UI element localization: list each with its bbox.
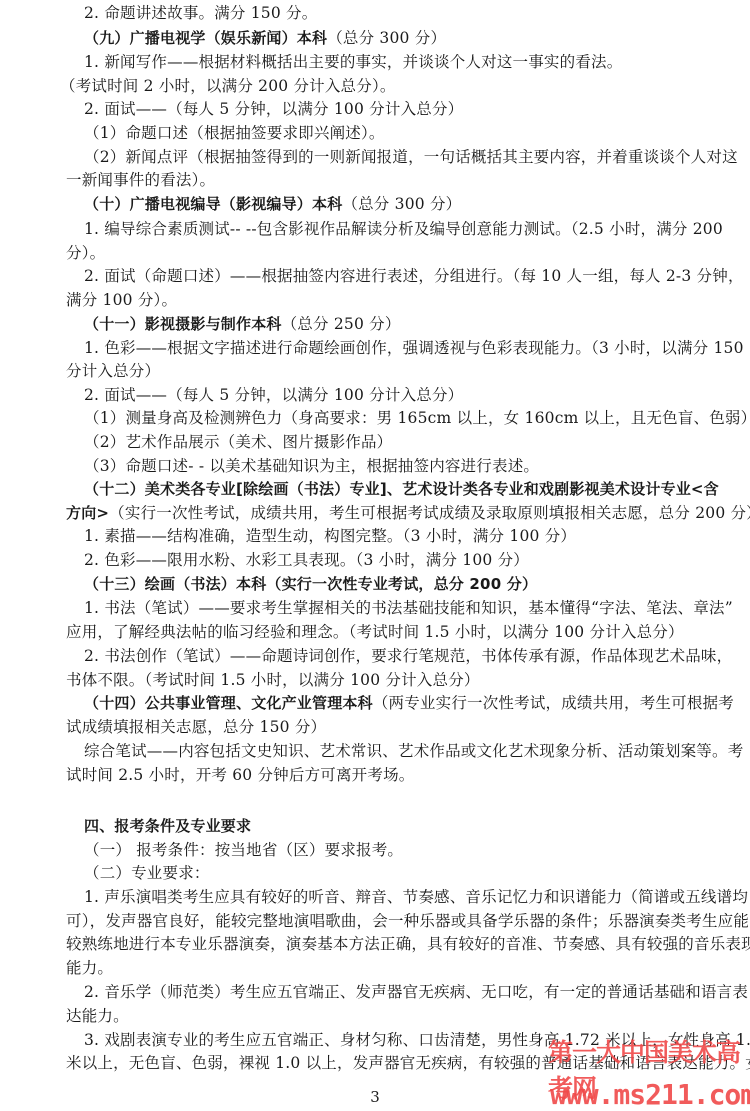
section-heading-10: （十）广播电视编导（影视编导）本科（总分 300 分）: [0, 192, 750, 216]
text-line: （考试时间 2 小时，以满分 200 分计入总分）。: [0, 74, 750, 98]
text-line: 2. 命题讲述故事。满分 150 分。: [0, 1, 750, 25]
text-line: 可），发声器官良好，能较完整地演唱歌曲，会一种乐器或具备学乐器的条件；乐器演奏类…: [0, 909, 750, 933]
text-line: 2. 色彩——限用水粉、水彩工具表现。（3 小时，满分 100 分）: [0, 548, 750, 572]
text-line: 分）。: [0, 241, 750, 265]
text-line: （3）命题口述- - 以美术基础知识为主，根据抽签内容进行表述。: [0, 454, 750, 478]
text-line: 2. 面试——（每人 5 分钟，以满分 100 分计入总分）: [0, 383, 750, 407]
text-line: 试时间 2.5 小时，开考 60 分钟后方可离开考场。: [0, 763, 750, 787]
text-line: 1. 书法（笔试）——要求考生掌握相关的书法基础技能和知识，基本懂得“字法、笔法…: [0, 596, 750, 620]
text-line: 1. 声乐演唱类考生应具有较好的听音、辩音、节奏感、音乐记忆力和识谱能力（简谱或…: [0, 885, 750, 909]
text-line: 2. 音乐学（师范类）考生应五官端正、发声器官无疾病、无口吃，有一定的普通话基础…: [0, 980, 750, 1004]
text-line: （二）专业要求：: [0, 861, 750, 885]
text-line: 应用，了解经典法帖的临习经验和理念。（考试时间 1.5 小时，以满分 100 分…: [0, 620, 750, 644]
text-line: 较熟练地进行本专业乐器演奏，演奏基本方法正确，具有较好的音准、节奏感、具有较强的…: [0, 932, 750, 956]
section-heading-9: （九）广播电视学（娱乐新闻）本科（总分 300 分）: [0, 26, 750, 50]
section-heading-14: （十四）公共事业管理、文化产业管理本科（两专业实行一次性考试，成绩共用，考生可根…: [0, 691, 750, 715]
text-line: （1）测量身高及检测辨色力（身高要求：男 165cm 以上，女 160cm 以上…: [0, 406, 750, 430]
text-line: 2. 面试（命题口述）——根据抽签内容进行表述，分组进行。（每 10 人一组，每…: [0, 264, 750, 288]
section-heading-13: （十三）绘画（书法）本科（实行一次性专业考试，总分 200 分）: [0, 572, 750, 596]
text-line: 1. 新闻写作——根据材料概括出主要的事实，并谈谈个人对这一事实的看法。: [0, 50, 750, 74]
section-heading-11: （十一）影视摄影与制作本科（总分 250 分）: [0, 312, 750, 336]
text-line: 1. 色彩——根据文字描述进行命题绘画创作，强调透视与色彩表现能力。（3 小时，…: [0, 336, 750, 360]
text-line: 分计入总分）: [0, 359, 750, 383]
text-line: 能力。: [0, 956, 750, 980]
text-line: 2. 面试——（每人 5 分钟，以满分 100 分计入总分）: [0, 97, 750, 121]
text-line: 满分 100 分）。: [0, 288, 750, 312]
text-line: 书体不限。（考试时间 1.5 小时，以满分 100 分计入总分）: [0, 668, 750, 692]
text-line: 综合笔试——内容包括文史知识、艺术常识、艺术作品或文化艺术现象分析、活动策划案等…: [0, 739, 750, 763]
text-line: （2）艺术作品展示（美术、图片摄影作品）: [0, 430, 750, 454]
text-line: （2）新闻点评（根据抽签得到的一则新闻报道，一句话概括其主要内容，并着重谈谈个人…: [0, 145, 750, 169]
text-line: 1. 素描——结构准确，造型生动，构图完整。（3 小时，满分 100 分）: [0, 524, 750, 548]
text-line: 2. 书法创作（笔试）——命题诗词创作，要求行笔规范，书体传承有源，作品体现艺术…: [0, 644, 750, 668]
text-line: 试成绩填报相关志愿，总分 150 分）: [0, 715, 750, 739]
section-heading-12-cont: 方向>（实行一次性考试，成绩共用，考生可根据考试成绩及录取原则填报相关志愿，总分…: [0, 501, 750, 525]
text-line: 一新闻事件的看法）。: [0, 168, 750, 192]
text-line: （1）命题口述（根据抽签要求即兴阐述）。: [0, 121, 750, 145]
text-line: 达能力。: [0, 1004, 750, 1028]
section-heading-12: （十二）美术类各专业[除绘画（书法）专业]、艺术设计类各专业和戏剧影视美术设计专…: [0, 477, 750, 501]
text-line: 1. 编导综合素质测试-- --包含影视作品解读分析及编导创意能力测试。（2.5…: [0, 217, 750, 241]
text-line: （一） 报考条件：按当地省（区）要求报考。: [0, 838, 750, 862]
chapter-heading-4: 四、报考条件及专业要求: [0, 814, 750, 838]
watermark-url: www.ms211.com: [550, 1078, 750, 1111]
